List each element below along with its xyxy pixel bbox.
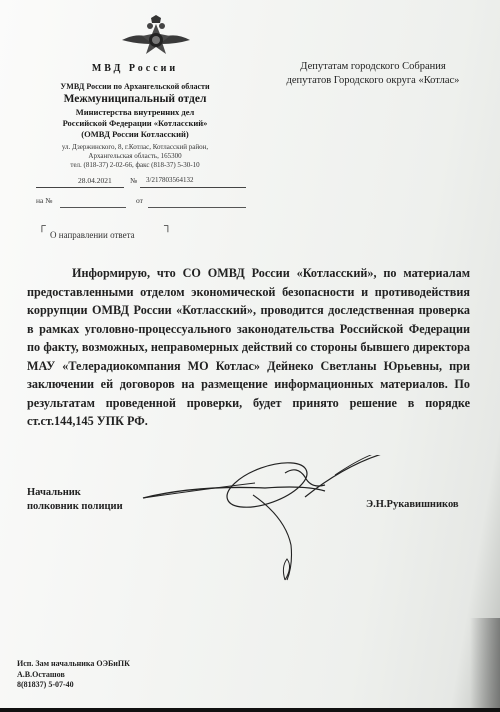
department-name-line3: Российской Федерации «Котласский» <box>20 118 250 128</box>
handwritten-signature <box>135 455 395 585</box>
registration-date: 28.04.2021 <box>78 176 112 185</box>
photo-shadow <box>470 618 500 708</box>
signatory-position: Начальник полковник полиции <box>27 486 123 514</box>
executor-name: А.В.Осташов <box>17 670 130 681</box>
department-name-line2: Министерства внутренних дел <box>20 107 250 117</box>
rank-line: полковник полиции <box>27 500 123 514</box>
number-underline <box>140 187 246 188</box>
registration-line: 28.04.2021 № 3/217803564132 <box>36 176 246 188</box>
department-address: ул. Дзержинского, 8, г.Котлас, Котласски… <box>20 143 250 170</box>
photo-bottom-edge <box>0 708 500 712</box>
addressee-line: депутатов Городского округа «Котлас» <box>248 74 498 88</box>
addressee-line: Депутатам городского Собрания <box>248 60 498 74</box>
phone-fax-line: тел. (818-37) 2-02-66, факс (818-37) 5-3… <box>20 161 250 170</box>
executor-block: Исп. Зам начальника ОЭБиПК А.В.Осташов 8… <box>17 659 130 691</box>
letter-body: Информирую, что СО ОМВД России «Котласск… <box>27 264 470 431</box>
signatory-name: Э.Н.Рукавишников <box>366 499 459 510</box>
addressee: Депутатам городского Собрания депутатов … <box>248 60 498 88</box>
letter-subject: О направлении ответа <box>50 230 135 240</box>
corner-mark-left: ┌ <box>38 220 46 232</box>
corner-mark-right: ┐ <box>164 220 172 232</box>
department-name-line4: (ОМВД России Котласский) <box>20 129 250 139</box>
reference-line: на № от <box>36 196 246 208</box>
regional-body: УМВД России по Архангельской области <box>20 82 250 91</box>
position-line: Начальник <box>27 486 123 500</box>
ref-from-label: от <box>136 196 143 205</box>
department-name-line1: Межмуниципальный отдел <box>20 93 250 105</box>
ref-date-underline <box>148 207 246 208</box>
agency-short-name: МВД России <box>20 63 250 74</box>
ref-number-underline <box>60 207 126 208</box>
ref-number-label: на № <box>36 196 52 205</box>
executor-position: Исп. Зам начальника ОЭБиПК <box>17 659 130 670</box>
date-underline <box>36 187 124 188</box>
address-line: ул. Дзержинского, 8, г.Котлас, Котласски… <box>20 143 250 152</box>
executor-phone: 8(81837) 5-07-40 <box>17 680 130 691</box>
registration-number: 3/217803564132 <box>146 176 193 184</box>
number-label: № <box>130 176 137 185</box>
body-paragraph: Информирую, что СО ОМВД России «Котласск… <box>27 264 470 431</box>
mvd-emblem-icon <box>120 14 192 62</box>
address-line: Архангельская область, 165300 <box>20 152 250 161</box>
